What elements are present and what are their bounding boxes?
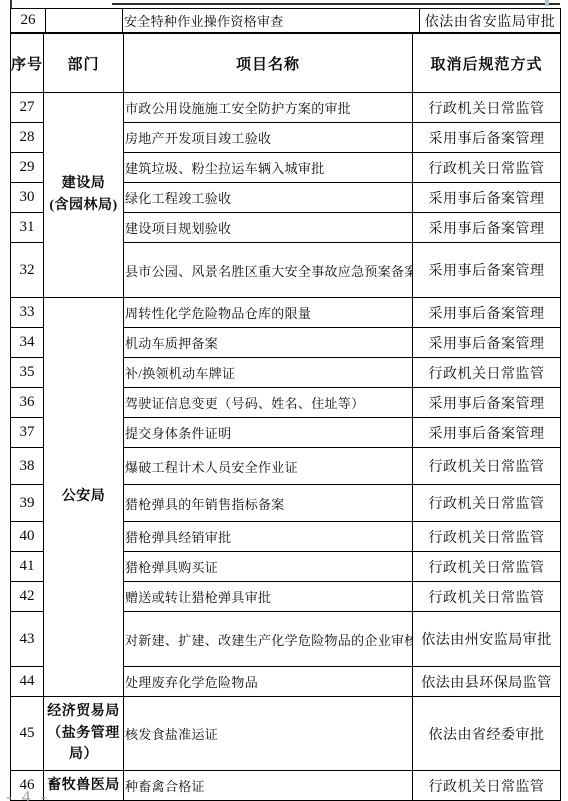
row-number: 44 (11, 667, 44, 697)
dept-cell: 公安局 (44, 298, 124, 697)
table-row: 26 安全特种作业操作资格审查 依法由省安监局审批 (11, 9, 561, 33)
project-name-cell: 猎枪弹具的年销售指标备案 (124, 485, 413, 522)
table-row: 33公安局周转性化学危险物品仓库的限量采用事后备案管理 (11, 298, 561, 328)
method-cell: 依法由省安监局审批 (420, 9, 561, 33)
project-name-cell: 机动车质押备案 (124, 328, 413, 358)
method-cell: 行政机关日常监管 (413, 771, 561, 801)
method-cell: 依法由县环保局监管 (413, 667, 561, 697)
row-number: 37 (11, 418, 44, 448)
project-name-cell: 核发食盐准运证 (124, 697, 413, 771)
row-number: 30 (11, 183, 44, 213)
method-cell: 行政机关日常监管 (413, 448, 561, 485)
header-seq: 序号 (11, 34, 44, 93)
dept-cell: 畜牧兽医局 (44, 771, 124, 801)
scan-cut-line (112, 3, 560, 5)
header-method: 取消后规范方式 (413, 34, 561, 93)
table-row: 45经济贸易局 （盐务管理 局）核发食盐准运证依法由省经委审批 (11, 697, 561, 771)
table-row: 27建设局 (含园林局)市政公用设施施工安全防护方案的审批行政机关日常监管 (11, 93, 561, 123)
table-body: 27建设局 (含园林局)市政公用设施施工安全防护方案的审批行政机关日常监管28房… (11, 93, 561, 801)
method-cell: 行政机关日常监管 (413, 358, 561, 388)
scan-corner-artifact (545, 0, 549, 6)
continuation-table: 26 安全特种作业操作资格审查 依法由省安监局审批 (10, 8, 561, 33)
header-project: 项目名称 (124, 34, 413, 93)
method-cell: 采用事后备案管理 (413, 243, 561, 298)
row-number: 31 (11, 213, 44, 243)
table-row: 46畜牧兽医局种畜禽合格证行政机关日常监管 (11, 771, 561, 801)
project-name-cell: 种畜禽合格证 (124, 771, 413, 801)
row-number: 43 (11, 612, 44, 667)
page-number: - 4 - (6, 787, 49, 801)
project-name-cell: 猎枪弹具购买证 (124, 552, 413, 582)
project-name-cell: 县市公园、风景名胜区重大安全事故应急预案备案 (124, 243, 413, 298)
project-name-cell: 赠送或转让猎枪弹具审批 (124, 582, 413, 612)
method-cell: 采用事后备案管理 (413, 123, 561, 153)
method-cell: 采用事后备案管理 (413, 328, 561, 358)
row-number: 28 (11, 123, 44, 153)
row-number: 29 (11, 153, 44, 183)
project-name-cell: 市政公用设施施工安全防护方案的审批 (124, 93, 413, 123)
method-cell: 行政机关日常监管 (413, 522, 561, 552)
project-name-cell: 爆破工程计术人员安全作业证 (124, 448, 413, 485)
dept-cell: 建设局 (含园林局) (44, 93, 124, 298)
row-number: 27 (11, 93, 44, 123)
project-name-cell: 处理废弃化学危险物品 (124, 667, 413, 697)
method-cell: 采用事后备案管理 (413, 298, 561, 328)
method-cell: 行政机关日常监管 (413, 93, 561, 123)
project-name-cell: 绿化工程竣工验收 (124, 183, 413, 213)
method-cell: 行政机关日常监管 (413, 485, 561, 522)
project-name-cell: 周转性化学危险物品仓库的限量 (124, 298, 413, 328)
project-name-cell: 建设项目规划验收 (124, 213, 413, 243)
row-number: 38 (11, 448, 44, 485)
approval-items-table: 序号 部门 项目名称 取消后规范方式 27建设局 (含园林局)市政公用设施施工安… (10, 33, 561, 801)
header-dept: 部门 (44, 34, 124, 93)
project-name-cell: 提交身体条件证明 (124, 418, 413, 448)
method-cell: 行政机关日常监管 (413, 552, 561, 582)
row-number: 40 (11, 522, 44, 552)
row-number: 41 (11, 552, 44, 582)
dept-cell (46, 9, 123, 33)
row-number: 26 (11, 9, 46, 33)
row-number: 39 (11, 485, 44, 522)
project-name-cell: 建筑垃圾、粉尘拉运车辆入城审批 (124, 153, 413, 183)
project-name-cell: 驾驶证信息变更（号码、姓名、住址等） (124, 388, 413, 418)
method-cell: 采用事后备案管理 (413, 418, 561, 448)
project-name-cell: 补/换领机动车牌证 (124, 358, 413, 388)
method-cell: 依法由州安监局审批 (413, 612, 561, 667)
row-number: 42 (11, 582, 44, 612)
method-cell: 依法由省经委审批 (413, 697, 561, 771)
method-cell: 采用事后备案管理 (413, 183, 561, 213)
project-name-cell: 对新建、扩建、改建生产化学危险物品的企业审核 (124, 612, 413, 667)
method-cell: 行政机关日常监管 (413, 153, 561, 183)
project-name-cell: 房地产开发项目竣工验收 (124, 123, 413, 153)
row-number: 35 (11, 358, 44, 388)
row-number: 34 (11, 328, 44, 358)
dept-cell: 经济贸易局 （盐务管理 局） (44, 697, 124, 771)
project-name-cell: 安全特种作业操作资格审查 (123, 9, 420, 33)
row-number: 32 (11, 243, 44, 298)
method-cell: 行政机关日常监管 (413, 582, 561, 612)
project-name-cell: 猎枪弹具经销审批 (124, 522, 413, 552)
header-row: 序号 部门 项目名称 取消后规范方式 (11, 34, 561, 93)
row-number: 36 (11, 388, 44, 418)
method-cell: 采用事后备案管理 (413, 213, 561, 243)
method-cell: 采用事后备案管理 (413, 388, 561, 418)
row-number: 33 (11, 298, 44, 328)
row-number: 45 (11, 697, 44, 771)
